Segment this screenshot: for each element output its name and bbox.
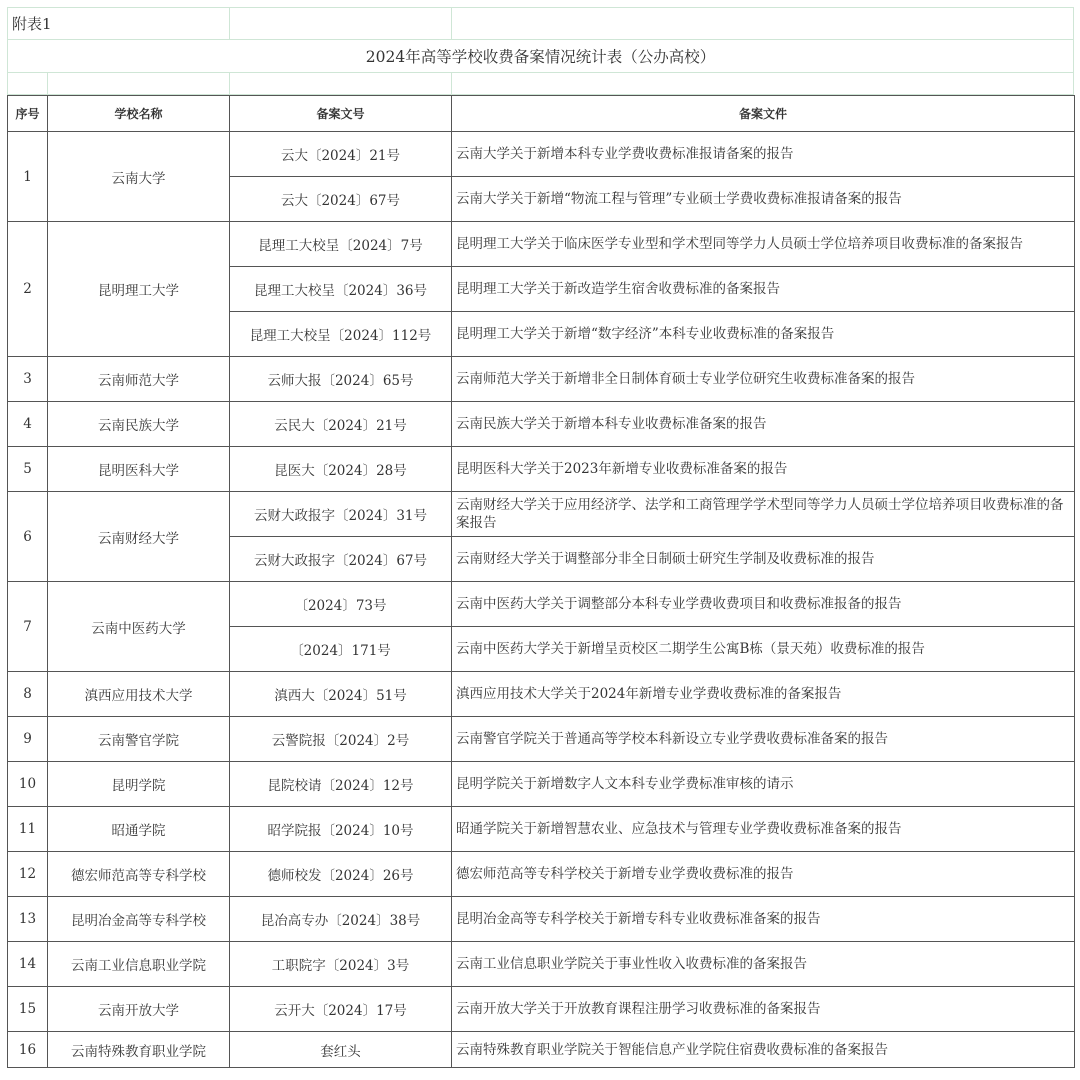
filing-doc-number: 昆冶高专办〔2024〕38号	[230, 897, 452, 942]
school-name: 云南特殊教育职业学院	[48, 1032, 230, 1068]
school-name: 云南师范大学	[48, 357, 230, 402]
filing-document-title: 云南中医药大学关于调整部分本科专业学费收费项目和收费标准报备的报告	[452, 582, 1075, 627]
header-row: 序号 学校名称 备案文号 备案文件	[8, 96, 1075, 132]
row-number: 16	[8, 1032, 48, 1068]
row-number: 1	[8, 132, 48, 222]
row-number: 5	[8, 447, 48, 492]
filing-doc-number: 昆理工大校呈〔2024〕7号	[230, 222, 452, 267]
filing-document-title: 云南大学关于新增“物流工程与管理”专业硕士学费收费标准报请备案的报告	[452, 177, 1075, 222]
table-row: 10昆明学院昆院校请〔2024〕12号昆明学院关于新增数字人文本科专业学费标准审…	[8, 762, 1075, 807]
filing-document-title: 昆明学院关于新增数字人文本科专业学费标准审核的请示	[452, 762, 1075, 807]
filing-doc-number: 云大〔2024〕67号	[230, 177, 452, 222]
table-row: 13昆明冶金高等专科学校昆冶高专办〔2024〕38号昆明冶金高等专科学校关于新增…	[8, 897, 1075, 942]
filing-document-title: 云南警官学院关于普通高等学校本科新设立专业学费收费标准备案的报告	[452, 717, 1075, 762]
filing-document-title: 昆明理工大学关于新改造学生宿舍收费标准的备案报告	[452, 267, 1075, 312]
filing-doc-number: 〔2024〕171号	[230, 627, 452, 672]
empty-cell	[452, 8, 1074, 40]
attachment-label: 附表1	[8, 8, 230, 40]
filing-doc-number: 〔2024〕73号	[230, 582, 452, 627]
filing-document-title: 云南中医药大学关于新增呈贡校区二期学生公寓B栋（景天苑）收费标准的报告	[452, 627, 1075, 672]
filing-doc-number: 昆医大〔2024〕28号	[230, 447, 452, 492]
filing-doc-number: 昆理工大校呈〔2024〕36号	[230, 267, 452, 312]
column-header-doc: 备案文件	[452, 96, 1075, 132]
table-row: 4云南民族大学云民大〔2024〕21号云南民族大学关于新增本科专业收费标准备案的…	[8, 402, 1075, 447]
filing-doc-number: 工职院字〔2024〕3号	[230, 942, 452, 987]
row-number: 14	[8, 942, 48, 987]
filing-doc-number: 滇西大〔2024〕51号	[230, 672, 452, 717]
row-number: 7	[8, 582, 48, 672]
row-number: 10	[8, 762, 48, 807]
fee-filing-table: 序号 学校名称 备案文号 备案文件 1云南大学云大〔2024〕21号云南大学关于…	[7, 95, 1075, 1068]
row-number: 15	[8, 987, 48, 1032]
table-row: 1云南大学云大〔2024〕21号云南大学关于新增本科专业学费收费标准报请备案的报…	[8, 132, 1075, 177]
filing-document-title: 云南开放大学关于开放教育课程注册学习收费标准的备案报告	[452, 987, 1075, 1032]
table-row: 14云南工业信息职业学院工职院字〔2024〕3号云南工业信息职业学院关于事业性收…	[8, 942, 1075, 987]
school-name: 云南开放大学	[48, 987, 230, 1032]
filing-doc-number: 云财大政报字〔2024〕67号	[230, 537, 452, 582]
table-row: 5昆明医科大学昆医大〔2024〕28号昆明医科大学关于2023年新增专业收费标准…	[8, 447, 1075, 492]
filing-document-title: 滇西应用技术大学关于2024年新增专业学费收费标准的备案报告	[452, 672, 1075, 717]
empty-cell	[230, 8, 452, 40]
filing-document-title: 昆明理工大学关于新增“数字经济”本科专业收费标准的备案报告	[452, 312, 1075, 357]
school-name: 云南财经大学	[48, 492, 230, 582]
filing-doc-number: 昆院校请〔2024〕12号	[230, 762, 452, 807]
table-row: 3云南师范大学云师大报〔2024〕65号云南师范大学关于新增非全日制体育硕士专业…	[8, 357, 1075, 402]
table-row: 9云南警官学院云警院报〔2024〕2号云南警官学院关于普通高等学校本科新设立专业…	[8, 717, 1075, 762]
school-name: 滇西应用技术大学	[48, 672, 230, 717]
table-row: 15云南开放大学云开大〔2024〕17号云南开放大学关于开放教育课程注册学习收费…	[8, 987, 1075, 1032]
empty-cell	[452, 73, 1074, 95]
school-name: 云南民族大学	[48, 402, 230, 447]
filing-document-title: 云南民族大学关于新增本科专业收费标准备案的报告	[452, 402, 1075, 447]
empty-cell	[230, 73, 452, 95]
filing-document-title: 云南财经大学关于应用经济学、法学和工商管理学学术型同等学力人员硕士学位培养项目收…	[452, 492, 1075, 537]
filing-doc-number: 云民大〔2024〕21号	[230, 402, 452, 447]
filing-doc-number: 云财大政报字〔2024〕31号	[230, 492, 452, 537]
school-name: 昆明冶金高等专科学校	[48, 897, 230, 942]
table-title: 2024年高等学校收费备案情况统计表（公办高校）	[8, 40, 1074, 73]
school-name: 云南警官学院	[48, 717, 230, 762]
filing-document-title: 昆明医科大学关于2023年新增专业收费标准备案的报告	[452, 447, 1075, 492]
school-name: 昆明理工大学	[48, 222, 230, 357]
row-number: 12	[8, 852, 48, 897]
empty-cell	[48, 73, 230, 95]
school-name: 德宏师范高等专科学校	[48, 852, 230, 897]
row-number: 9	[8, 717, 48, 762]
column-header-doc-no: 备案文号	[230, 96, 452, 132]
row-number: 11	[8, 807, 48, 852]
filing-document-title: 昆明理工大学关于临床医学专业型和学术型同等学力人员硕士学位培养项目收费标准的备案…	[452, 222, 1075, 267]
filing-document-title: 云南工业信息职业学院关于事业性收入收费标准的备案报告	[452, 942, 1075, 987]
row-number: 3	[8, 357, 48, 402]
filing-document-title: 德宏师范高等专科学校关于新增专业学费收费标准的报告	[452, 852, 1075, 897]
row-number: 13	[8, 897, 48, 942]
row-number: 2	[8, 222, 48, 357]
row-number: 8	[8, 672, 48, 717]
table-row: 16云南特殊教育职业学院套红头云南特殊教育职业学院关于智能信息产业学院住宿费收费…	[8, 1032, 1075, 1068]
table-row: 2昆明理工大学昆理工大校呈〔2024〕7号昆明理工大学关于临床医学专业型和学术型…	[8, 222, 1075, 267]
table-body: 1云南大学云大〔2024〕21号云南大学关于新增本科专业学费收费标准报请备案的报…	[8, 132, 1075, 1068]
row-number: 6	[8, 492, 48, 582]
filing-doc-number: 套红头	[230, 1032, 452, 1068]
school-name: 昆明医科大学	[48, 447, 230, 492]
table-row: 6云南财经大学云财大政报字〔2024〕31号云南财经大学关于应用经济学、法学和工…	[8, 492, 1075, 537]
filing-document-title: 昆明冶金高等专科学校关于新增专科专业收费标准备案的报告	[452, 897, 1075, 942]
table-row: 11昭通学院昭学院报〔2024〕10号昭通学院关于新增智慧农业、应急技术与管理专…	[8, 807, 1075, 852]
row-number: 4	[8, 402, 48, 447]
filing-document-title: 云南师范大学关于新增非全日制体育硕士专业学位研究生收费标准备案的报告	[452, 357, 1075, 402]
sheet-header-grid: 附表1 2024年高等学校收费备案情况统计表（公办高校）	[7, 7, 1074, 95]
filing-doc-number: 德师校发〔2024〕26号	[230, 852, 452, 897]
filing-document-title: 云南特殊教育职业学院关于智能信息产业学院住宿费收费标准的备案报告	[452, 1032, 1075, 1068]
filing-document-title: 云南财经大学关于调整部分非全日制硕士研究生学制及收费标准的报告	[452, 537, 1075, 582]
filing-doc-number: 云开大〔2024〕17号	[230, 987, 452, 1032]
filing-doc-number: 昭学院报〔2024〕10号	[230, 807, 452, 852]
filing-doc-number: 云警院报〔2024〕2号	[230, 717, 452, 762]
table-row: 7云南中医药大学〔2024〕73号云南中医药大学关于调整部分本科专业学费收费项目…	[8, 582, 1075, 627]
school-name: 云南工业信息职业学院	[48, 942, 230, 987]
column-header-school: 学校名称	[48, 96, 230, 132]
table-row: 12德宏师范高等专科学校德师校发〔2024〕26号德宏师范高等专科学校关于新增专…	[8, 852, 1075, 897]
school-name: 云南大学	[48, 132, 230, 222]
filing-doc-number: 昆理工大校呈〔2024〕112号	[230, 312, 452, 357]
school-name: 昭通学院	[48, 807, 230, 852]
filing-document-title: 云南大学关于新增本科专业学费收费标准报请备案的报告	[452, 132, 1075, 177]
school-name: 云南中医药大学	[48, 582, 230, 672]
empty-cell	[8, 73, 48, 95]
column-header-no: 序号	[8, 96, 48, 132]
filing-document-title: 昭通学院关于新增智慧农业、应急技术与管理专业学费收费标准备案的报告	[452, 807, 1075, 852]
filing-doc-number: 云大〔2024〕21号	[230, 132, 452, 177]
filing-doc-number: 云师大报〔2024〕65号	[230, 357, 452, 402]
table-row: 8滇西应用技术大学滇西大〔2024〕51号滇西应用技术大学关于2024年新增专业…	[8, 672, 1075, 717]
school-name: 昆明学院	[48, 762, 230, 807]
